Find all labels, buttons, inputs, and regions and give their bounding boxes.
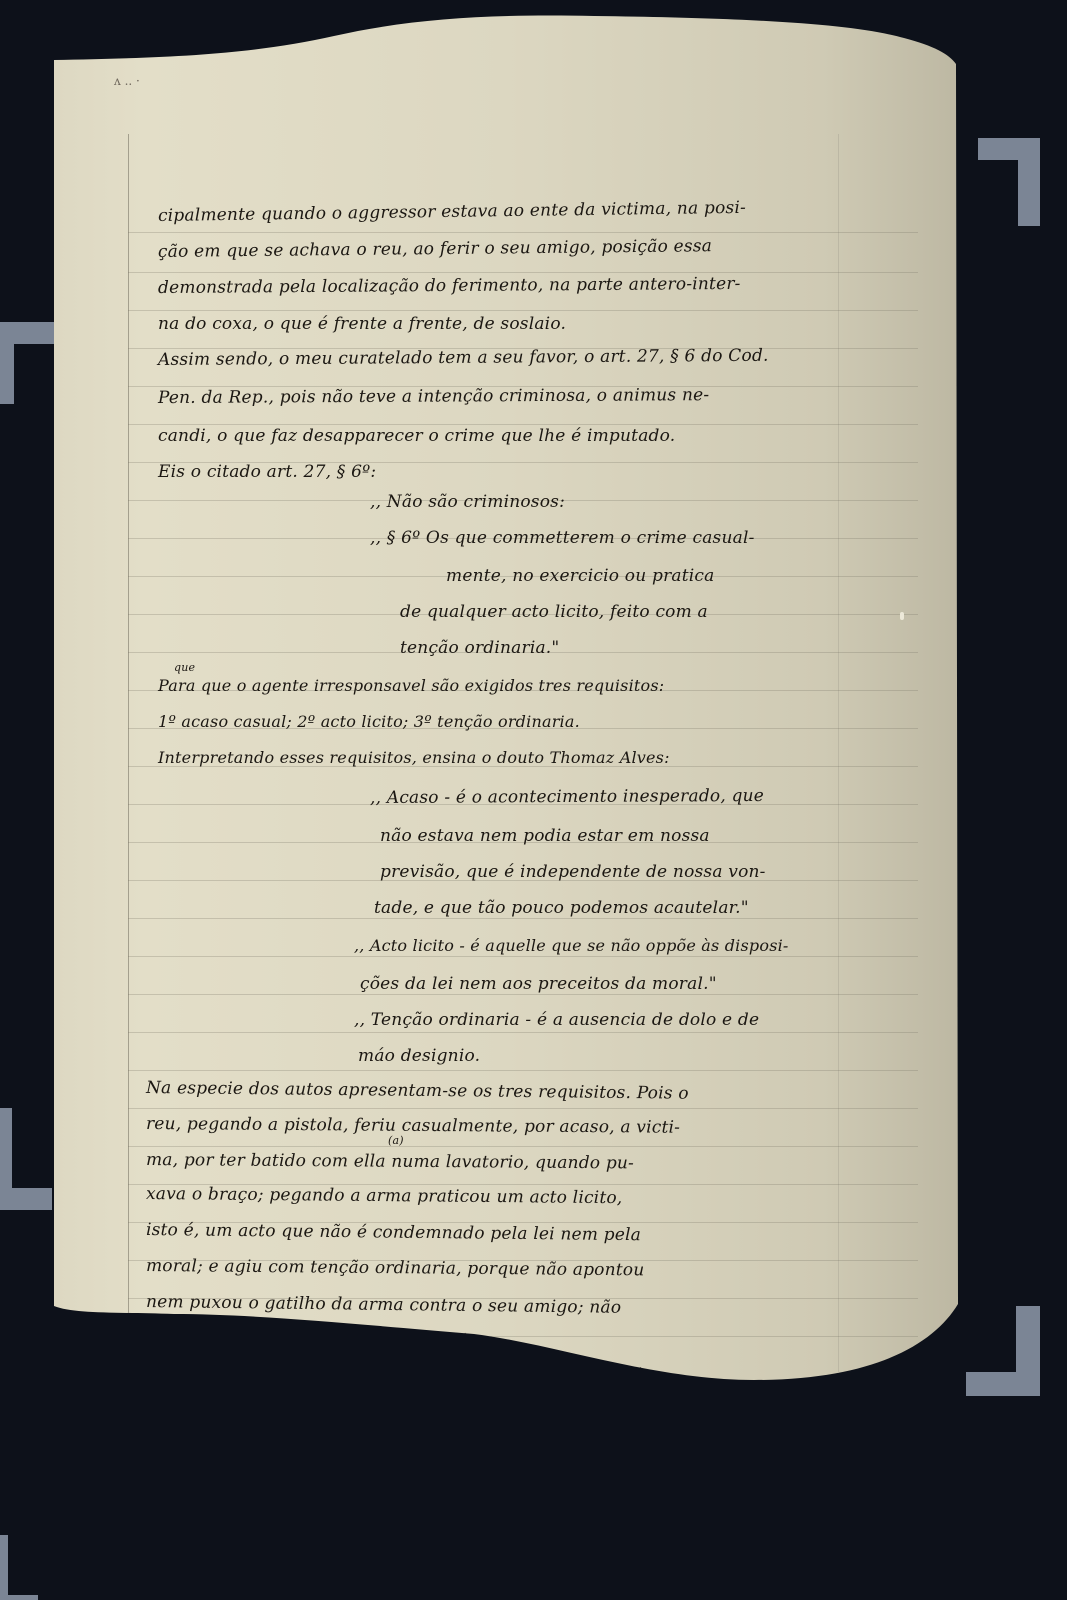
quoted-text-line: de qualquer acto licito, feito com a xyxy=(400,602,708,622)
text-line: Pen. da Rep., pois não teve a intenção c… xyxy=(158,385,709,408)
text-line: Interpretando esses requisitos, ensina o… xyxy=(158,748,670,767)
ruled-line xyxy=(128,918,918,919)
right-margin-line xyxy=(838,134,839,1434)
quoted-text-line: tade, e que tão pouco podemos acautelar.… xyxy=(374,898,749,918)
ruled-line xyxy=(128,232,918,233)
text-line: agiu com dolo nem com máo designio. xyxy=(146,1326,483,1351)
quoted-text-line: ,, § 6º Os que commetterem o crime casua… xyxy=(370,528,755,548)
left-margin-line xyxy=(128,134,129,1434)
quoted-text-line: ,, Acaso - é o acontecimento inesperado,… xyxy=(370,786,764,808)
document-scan: ʌ .. · xyxy=(0,0,1067,1600)
text-line: Na especie dos autos apresentam-se os tr… xyxy=(146,1078,689,1104)
text-line: xava o braço; pegando a arma praticou um… xyxy=(146,1184,623,1208)
quoted-text-line: mente, no exercicio ou pratica xyxy=(446,566,714,586)
text-line: ma, por ter batido com ella numa lavator… xyxy=(146,1150,634,1173)
quoted-text-line: previsão, que é independente de nossa vo… xyxy=(380,862,766,882)
ruled-line xyxy=(128,424,918,425)
text-line: Assim é de Justiça e que não pronuncia xyxy=(306,1360,653,1385)
text-line: Assim sendo, o meu curatelado tem a seu … xyxy=(158,346,769,370)
ruled-line xyxy=(128,994,918,995)
ruled-line xyxy=(128,956,918,957)
paper-mark xyxy=(900,612,904,620)
quoted-text-line: máo designio. xyxy=(358,1046,480,1066)
text-line: candi, o que faz desapparecer o crime qu… xyxy=(158,426,675,446)
text-line: Eis o citado art. 27, § 6º: xyxy=(158,462,376,482)
text-line: moral; e agiu com tenção ordinaria, porq… xyxy=(146,1256,645,1280)
text-line: na do coxa, o que é frente a frente, de … xyxy=(158,314,566,334)
ruled-line xyxy=(128,1146,918,1147)
ruled-line xyxy=(128,1032,918,1033)
quoted-text-line: tenção ordinaria." xyxy=(400,638,559,658)
quoted-text-line: ,, Acto licito - é aquelle que se não op… xyxy=(354,936,789,955)
ruled-line xyxy=(128,272,918,273)
ruled-line xyxy=(128,1070,918,1071)
text-line: isto é, um acto que não é condemnado pel… xyxy=(146,1220,641,1245)
text-line: cipalmente quando o aggressor estava ao … xyxy=(158,198,746,226)
corner-marks: ʌ .. · xyxy=(114,74,140,88)
text-line: reu, pegando a pistola, feriu casualment… xyxy=(146,1114,680,1138)
interlinear-insertion: (a) xyxy=(388,1134,404,1147)
text-line: ção em que se achava o reu, ao ferir o s… xyxy=(158,236,712,262)
quoted-text-line: ,, Não são criminosos: xyxy=(370,492,565,512)
manuscript-page: ʌ .. · xyxy=(54,14,958,1484)
ruled-line xyxy=(128,1336,918,1337)
interlinear-insertion: que xyxy=(174,661,195,674)
text-line: nem puxou o gatilho da arma contra o seu… xyxy=(146,1292,621,1318)
quoted-text-line: ,, Tenção ordinaria - é a ausencia de do… xyxy=(354,1010,759,1030)
quoted-text-line: ções da lei nem aos preceitos da moral." xyxy=(360,974,717,994)
quoted-text-line: não estava nem podia estar em nossa xyxy=(380,826,710,846)
ruled-line xyxy=(128,1108,918,1109)
ruled-line xyxy=(128,310,918,311)
text-line: 1º acaso casual; 2º acto licito; 3º tenç… xyxy=(158,712,580,731)
text-line: Para que o agente irresponsavel são exig… xyxy=(158,676,664,695)
text-line: demonstrada pela localização do feriment… xyxy=(158,274,741,298)
